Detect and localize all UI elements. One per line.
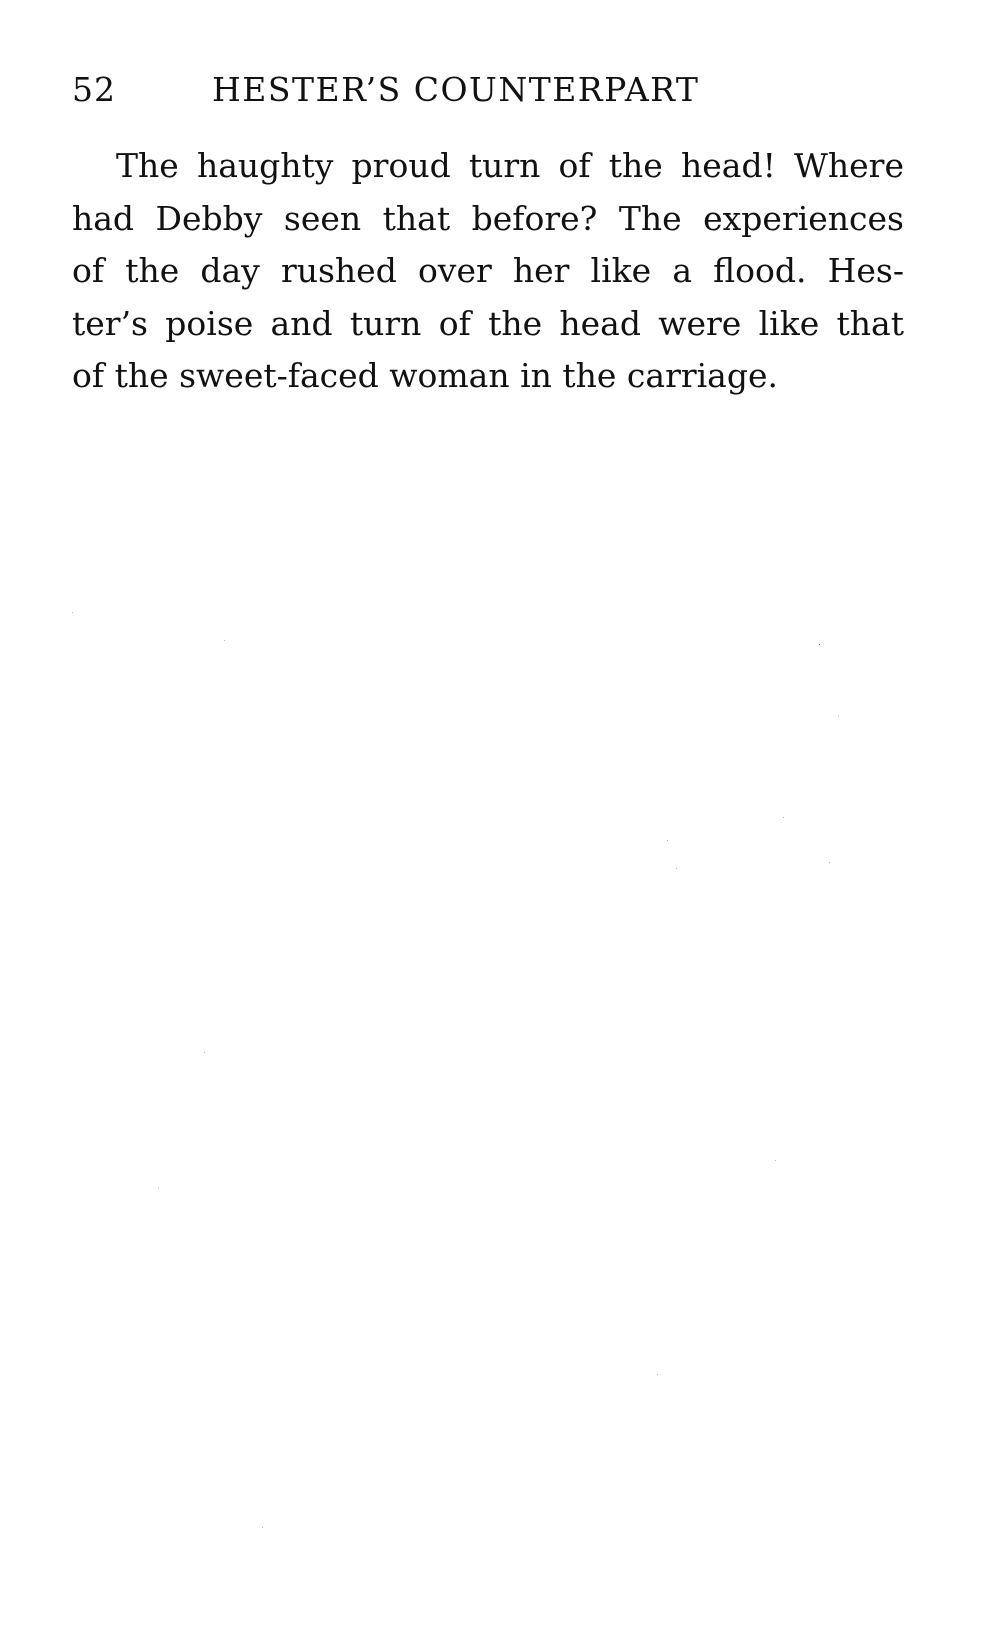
scan-speck — [262, 1527, 263, 1528]
body-paragraph: The haughty proud turn of the head! Wher… — [72, 140, 904, 403]
running-title: HESTER’S COUNTERPART — [212, 68, 699, 112]
scan-speck — [783, 817, 784, 818]
page-number: 52 — [72, 68, 116, 112]
scan-speck — [838, 716, 839, 717]
scan-speck — [224, 640, 225, 641]
scan-speck — [775, 1160, 776, 1161]
scan-speck — [676, 868, 677, 869]
scan-speck — [667, 840, 668, 841]
scan-speck — [829, 862, 830, 863]
text-line: ter’s poise and turn of the head were li… — [72, 298, 904, 351]
text-line: of the sweet-faced woman in the carriage… — [72, 350, 904, 403]
text-line: The haughty proud turn of the head! Wher… — [72, 140, 904, 193]
scan-speck — [657, 1374, 658, 1375]
running-head: 52 HESTER’S COUNTERPART — [72, 68, 832, 112]
scan-speck — [158, 1188, 159, 1189]
text-line: of the day rushed over her like a flood.… — [72, 245, 904, 298]
scan-speck — [819, 644, 820, 645]
scan-speck — [204, 1052, 205, 1053]
scan-speck — [72, 612, 73, 613]
book-page: 52 HESTER’S COUNTERPART The haughty prou… — [0, 0, 1000, 1642]
text-line: had Debby seen that before? The experien… — [72, 193, 904, 246]
